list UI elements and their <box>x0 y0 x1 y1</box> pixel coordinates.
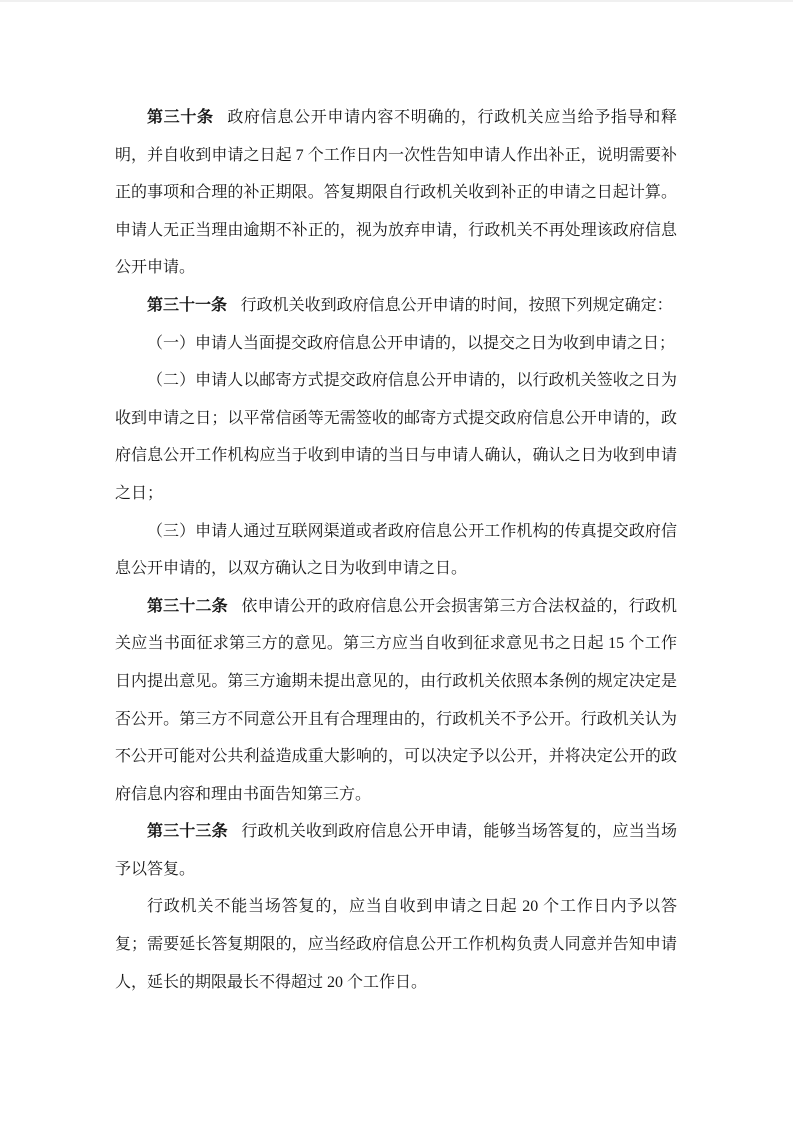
article-31-item-1-text: （一）申请人当面提交政府信息公开申请的，以提交之日为收到申请之日； <box>147 335 675 352</box>
article-31-item-2: （二）申请人以邮寄方式提交政府信息公开申请的，以行政机关签收之日为收到申请之日；… <box>115 362 677 512</box>
article-31-item-1: （一）申请人当面提交政府信息公开申请的，以提交之日为收到申请之日； <box>115 325 677 363</box>
article-31-number: 第三十一条 <box>147 297 227 314</box>
article-31-item-2-text: （二）申请人以邮寄方式提交政府信息公开申请的，以行政机关签收之日为收到申请之日；… <box>115 372 677 502</box>
article-31-item-3-text: （三）申请人通过互联网渠道或者政府信息公开工作机构的传真提交政府信息公开申请的，… <box>115 523 677 578</box>
article-33-number: 第三十三条 <box>147 823 228 840</box>
article-31-item-3: （三）申请人通过互联网渠道或者政府信息公开工作机构的传真提交政府信息公开申请的，… <box>115 513 677 588</box>
article-32-text: 依申请公开的政府信息公开会损害第三方合法权益的，行政机关应当书面征求第三方的意见… <box>115 598 677 803</box>
article-30-text: 政府信息公开申请内容不明确的，行政机关应当给予指导和释明，并自收到申请之日起 7… <box>115 109 677 276</box>
article-30-paragraph-1: 第三十条政府信息公开申请内容不明确的，行政机关应当给予指导和释明，并自收到申请之… <box>115 99 677 287</box>
article-31-paragraph-1: 第三十一条行政机关收到政府信息公开申请的时间，按照下列规定确定： <box>115 287 677 325</box>
page-top-edge-divider <box>0 0 793 2</box>
article-31-intro-text: 行政机关收到政府信息公开申请的时间，按照下列规定确定： <box>241 297 673 314</box>
article-33-paragraph-1: 第三十三条行政机关收到政府信息公开申请，能够当场答复的，应当当场予以答复。 <box>115 813 677 888</box>
article-32-number: 第三十二条 <box>147 598 228 615</box>
document-page: 第三十条政府信息公开申请内容不明确的，行政机关应当给予指导和释明，并自收到申请之… <box>0 0 793 1122</box>
article-30-number: 第三十条 <box>147 109 214 126</box>
article-33-paragraph-2: 行政机关不能当场答复的，应当自收到申请之日起 20 个工作日内予以答复；需要延长… <box>115 888 677 1001</box>
document-body: 第三十条政府信息公开申请内容不明确的，行政机关应当给予指导和释明，并自收到申请之… <box>115 99 677 1001</box>
article-33-paragraph-2-text: 行政机关不能当场答复的，应当自收到申请之日起 20 个工作日内予以答复；需要延长… <box>115 898 677 990</box>
article-32-paragraph-1: 第三十二条依申请公开的政府信息公开会损害第三方合法权益的，行政机关应当书面征求第… <box>115 588 677 814</box>
